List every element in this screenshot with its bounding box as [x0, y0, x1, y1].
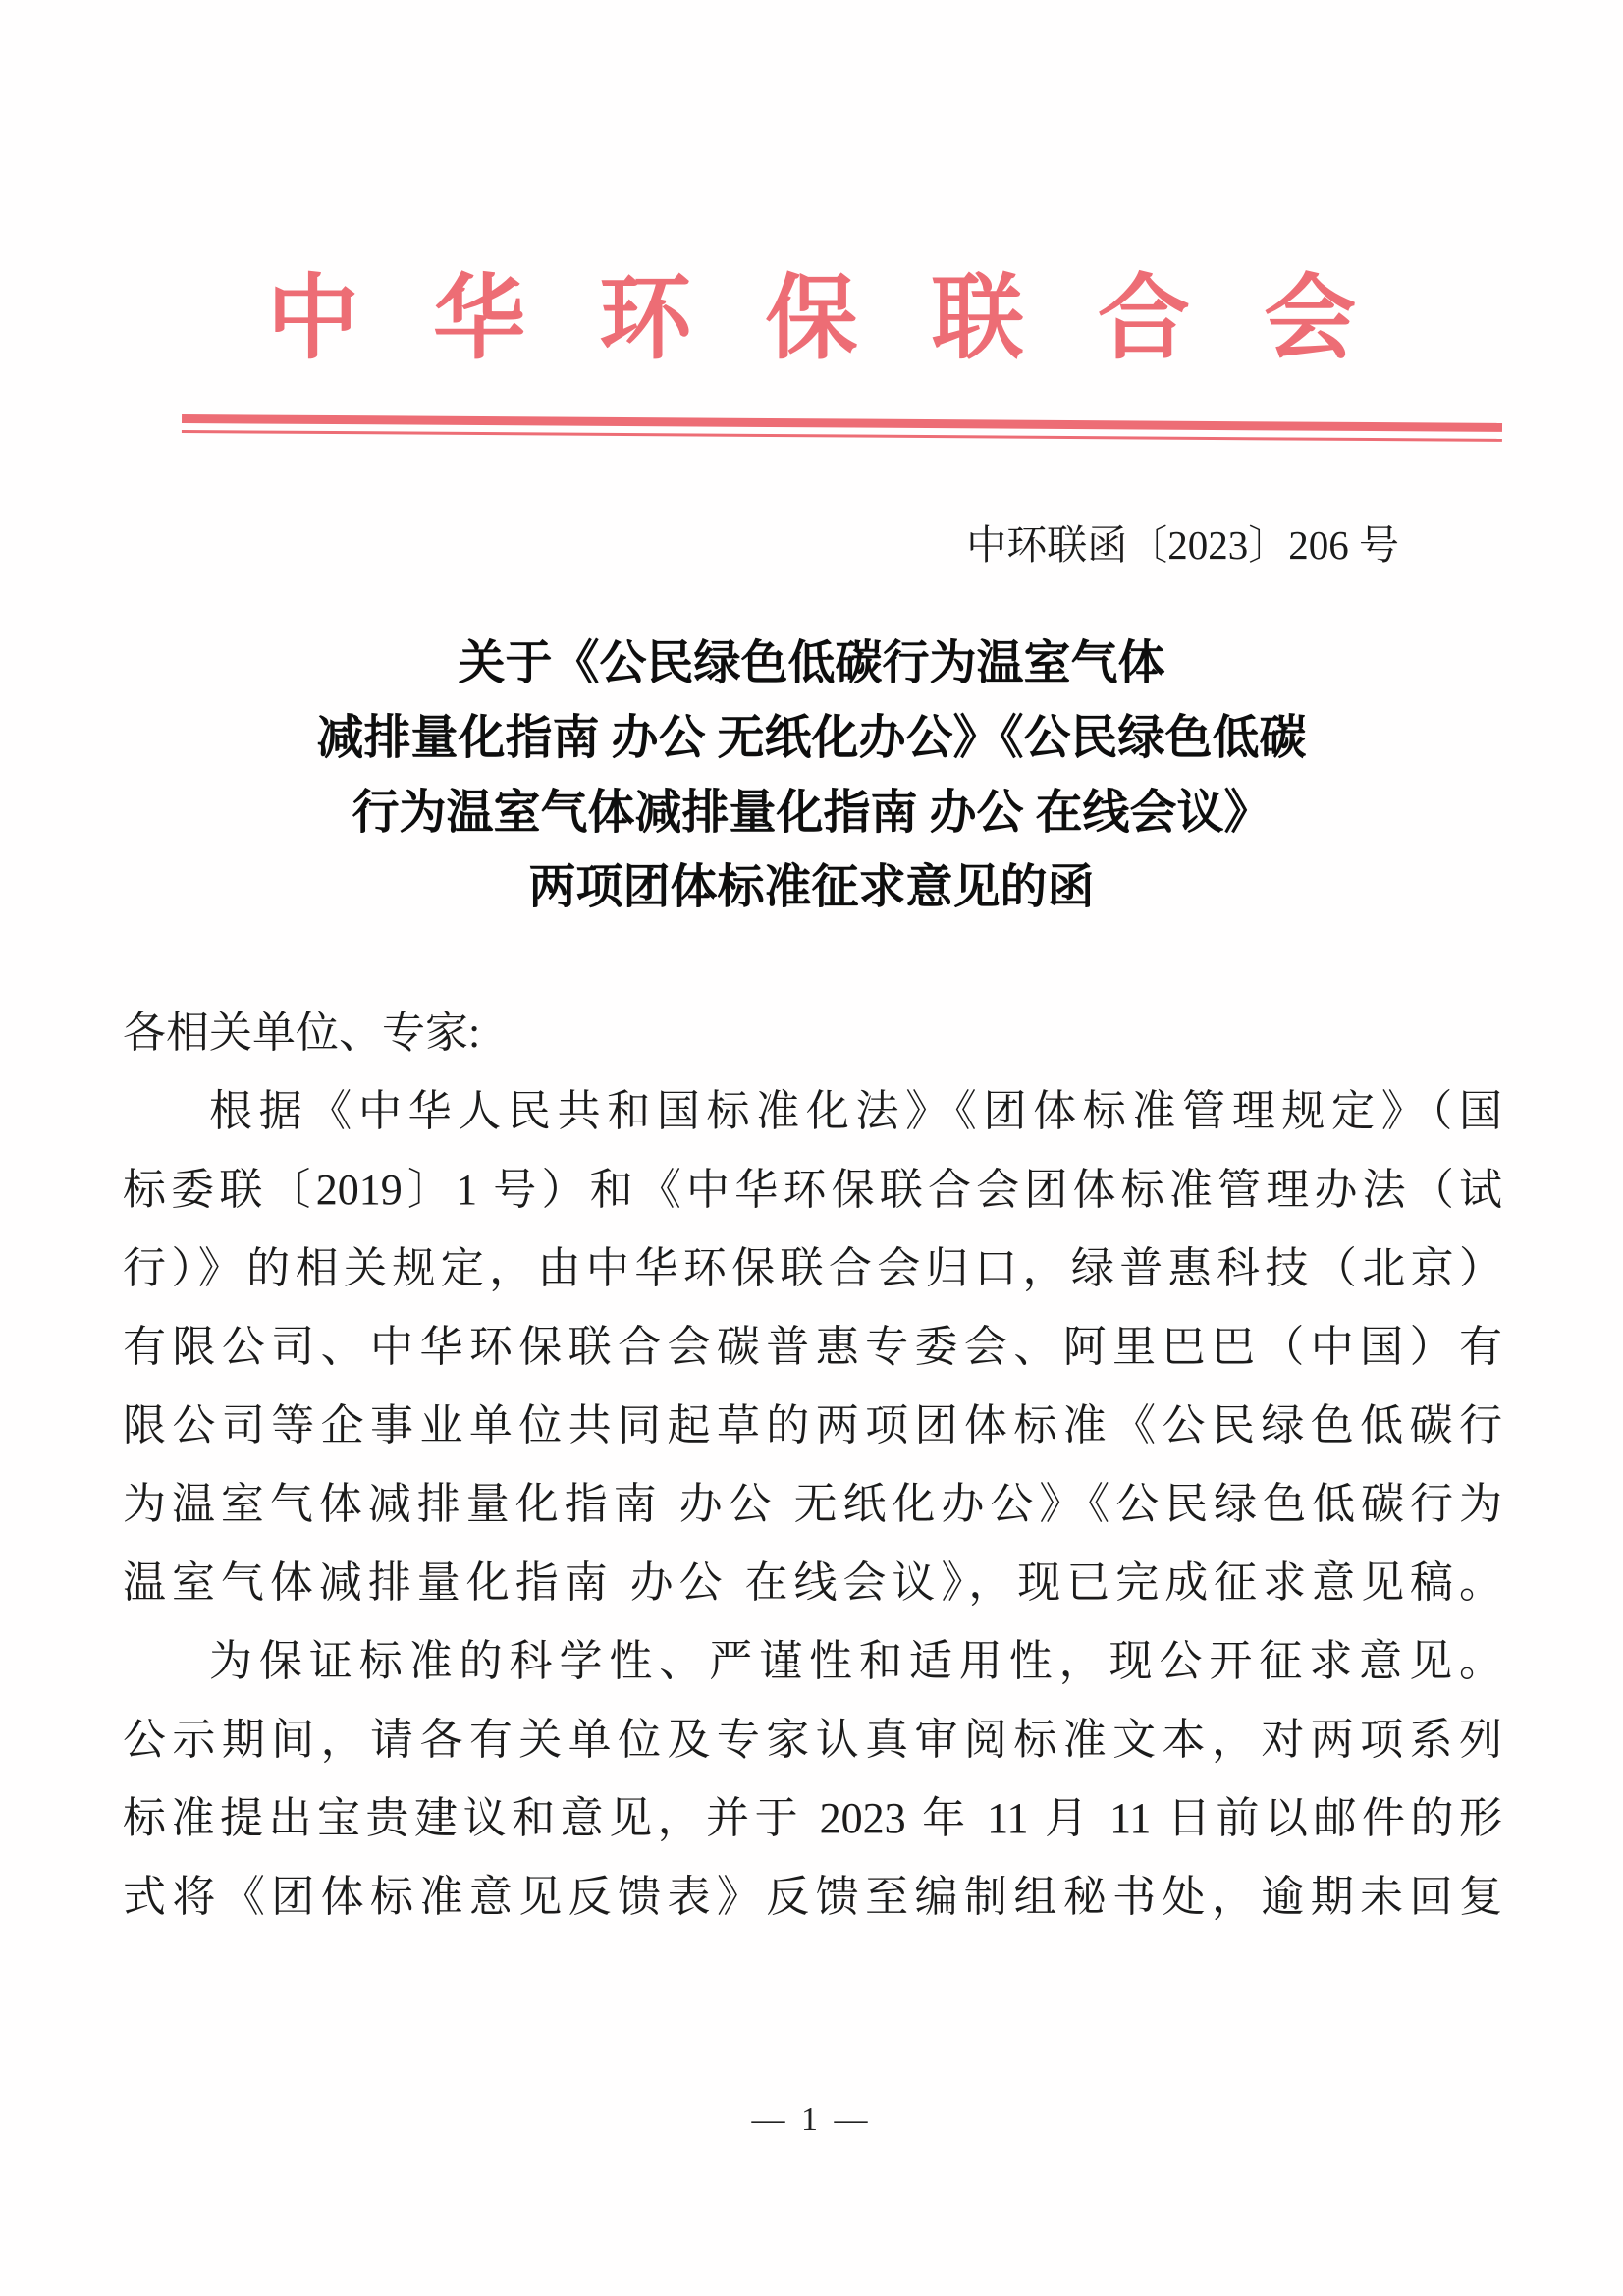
page-number: — 1 — — [0, 2102, 1623, 2139]
document-title-line: 两项团体标准征求意见的函 — [0, 850, 1623, 925]
body-line: 式将《团体标准意见反馈表》反馈至编制组秘书处，逾期未回复 — [123, 1858, 1502, 1937]
body-line: 标准提出宝贵建议和意见，并于 2023 年 11 月 11 日前以邮件的形 — [123, 1779, 1502, 1858]
body-line: 限公司等企事业单位共同起草的两项团体标准《公民绿色低碳行 — [123, 1387, 1502, 1465]
document-number: 中环联函〔2023〕206 号 — [0, 521, 1623, 570]
document-title-line: 行为温室气体减排量化指南 办公 在线会议》 — [0, 776, 1623, 850]
body-line: 根据《中华人民共和国标准化法》《团体标准管理规定》（国 — [123, 1072, 1502, 1151]
letterhead-rule-thin — [182, 430, 1502, 442]
salutation: 各相关单位、专家: — [123, 994, 1502, 1072]
body-line: 有限公司、中华环保联合会碳普惠专委会、阿里巴巴（中国）有 — [123, 1308, 1502, 1387]
document-page: 中华环保联合会 中环联函〔2023〕206 号 关于《公民绿色低碳行为温室气体 … — [0, 0, 1623, 2296]
document-title-line: 关于《公民绿色低碳行为温室气体 — [0, 627, 1623, 701]
body-line: 为温室气体减排量化指南 办公 无纸化办公》《公民绿色低碳行为 — [123, 1465, 1502, 1544]
letterhead-rule — [182, 414, 1502, 442]
body-line: 温室气体减排量化指南 办公 在线会议》，现已完成征求意见稿。 — [123, 1544, 1502, 1622]
body-line: 行）》的相关规定，由中华环保联合会归口，绿普惠科技（北京） — [123, 1230, 1502, 1308]
body-line: 标委联〔2019〕1 号）和《中华环保联合会团体标准管理办法（试 — [123, 1151, 1502, 1230]
letterhead-org-name: 中华环保联合会 — [0, 273, 1623, 365]
document-body: 各相关单位、专家: 根据《中华人民共和国标准化法》《团体标准管理规定》（国 标委… — [0, 994, 1623, 1937]
letterhead-rule-thick — [182, 414, 1502, 432]
document-title: 关于《公民绿色低碳行为温室气体 减排量化指南 办公 无纸化办公》《公民绿色低碳 … — [0, 627, 1623, 925]
document-title-line: 减排量化指南 办公 无纸化办公》《公民绿色低碳 — [0, 701, 1623, 776]
body-line: 公示期间，请各有关单位及专家认真审阅标准文本，对两项系列 — [123, 1701, 1502, 1779]
body-line: 为保证标准的科学性、严谨性和适用性，现公开征求意见。 — [123, 1622, 1502, 1701]
